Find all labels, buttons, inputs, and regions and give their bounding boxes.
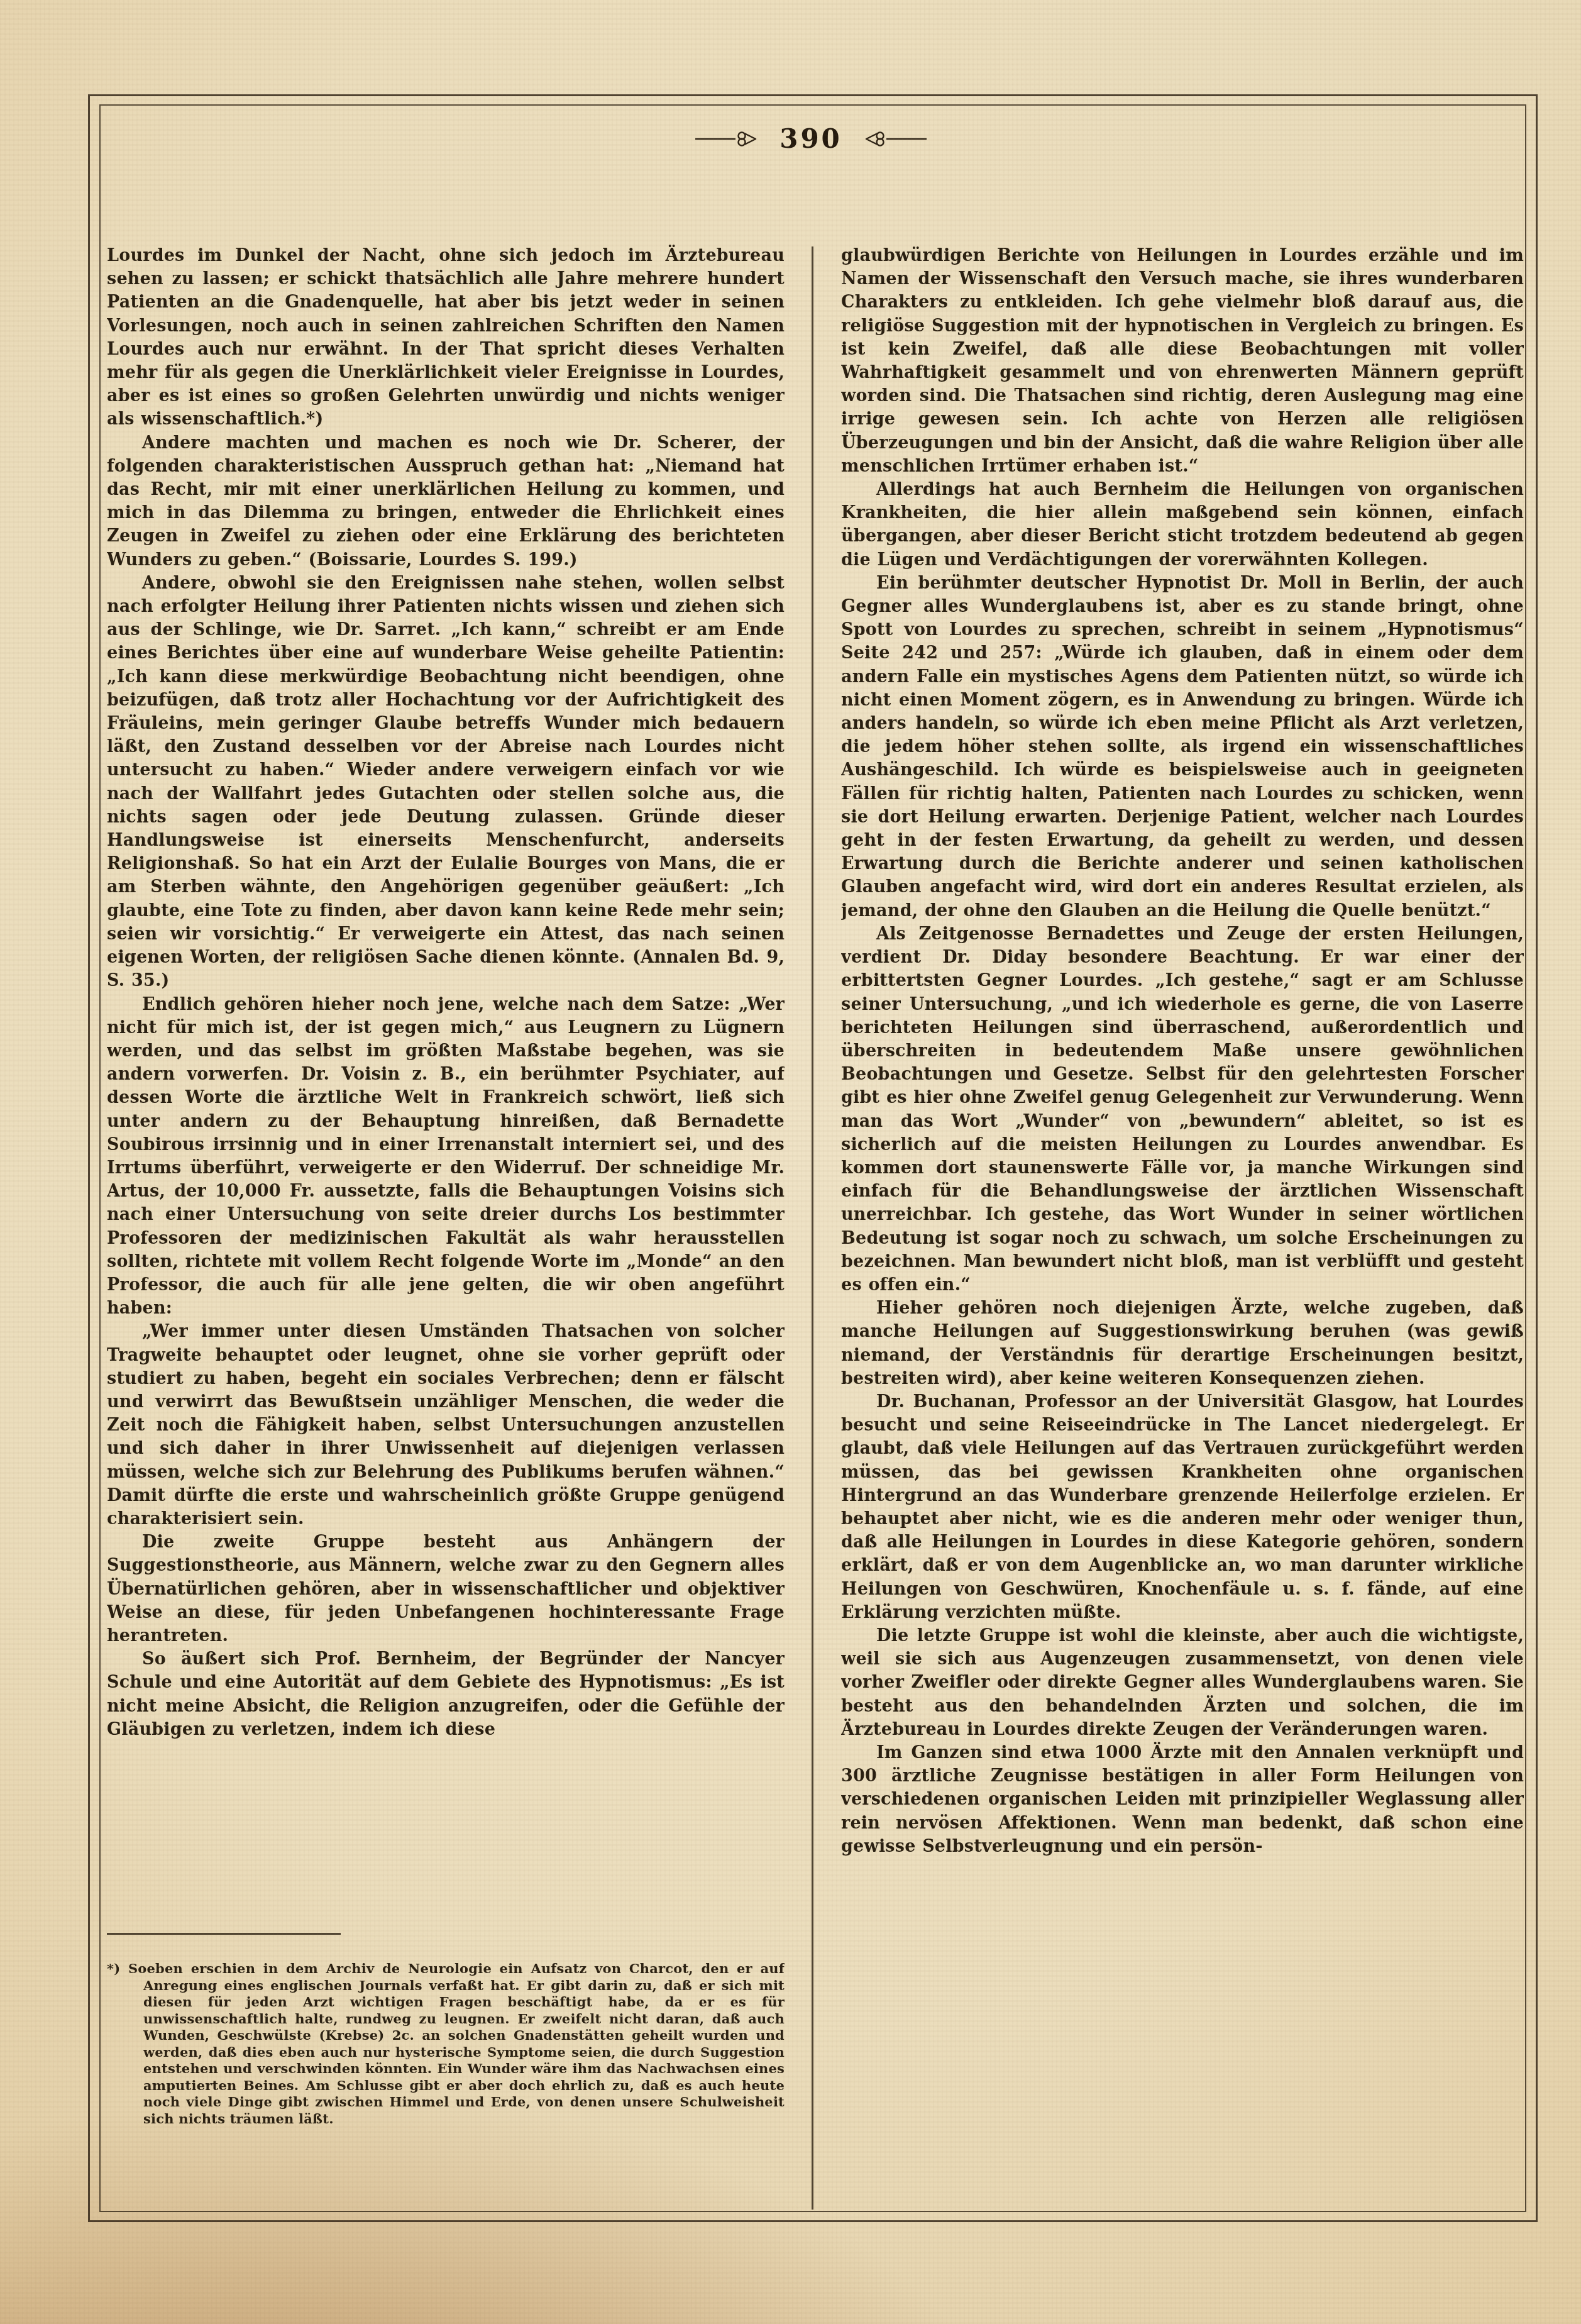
footnote-separator-rule bbox=[107, 1933, 341, 1935]
scanned-book-page: 390 Lourdes im Dunkel der Nacht, ohne si… bbox=[0, 0, 1581, 2324]
paragraph: *) Soeben erschien in dem Archiv de Neur… bbox=[107, 1961, 785, 2127]
paragraph: So äußert sich Prof. Bernheim, der Begrü… bbox=[107, 1647, 785, 1741]
right-ornament-icon bbox=[860, 131, 928, 147]
running-head: 390 bbox=[88, 123, 1534, 154]
paragraph: glaubwürdigen Berichte von Heilungen in … bbox=[841, 244, 1524, 478]
page-number: 390 bbox=[779, 123, 842, 154]
paragraph: Andere, obwohl sie den Ereignissen nahe … bbox=[107, 572, 785, 993]
column-divider-rule bbox=[812, 246, 813, 2210]
paragraph: Ein berühmter deutscher Hypnotist Dr. Mo… bbox=[841, 572, 1524, 922]
right-text-column: glaubwürdigen Berichte von Heilungen in … bbox=[841, 244, 1524, 2215]
paragraph: Hieher gehören noch diejenigen Ärzte, we… bbox=[841, 1297, 1524, 1390]
paragraph: Dr. Buchanan, Professor an der Universit… bbox=[841, 1390, 1524, 1624]
paragraph: Endlich gehören hieher noch jene, welche… bbox=[107, 993, 785, 1320]
paragraph: „Wer immer unter diesen Umständen Thatsa… bbox=[107, 1320, 785, 1530]
paragraph: Die zweite Gruppe besteht aus Anhängern … bbox=[107, 1530, 785, 1647]
left-text-column: Lourdes im Dunkel der Nacht, ohne sich j… bbox=[107, 244, 785, 1919]
paragraph: Allerdings hat auch Bernheim die Heilung… bbox=[841, 478, 1524, 572]
paragraph: Lourdes im Dunkel der Nacht, ohne sich j… bbox=[107, 244, 785, 431]
paragraph: Die letzte Gruppe ist wohl die kleinste,… bbox=[841, 1624, 1524, 1741]
paragraph: Im Ganzen sind etwa 1000 Ärzte mit den A… bbox=[841, 1741, 1524, 1858]
paragraph: Als Zeitgenosse Bernadettes und Zeuge de… bbox=[841, 922, 1524, 1297]
left-ornament-icon bbox=[694, 131, 762, 147]
footnote-block: *) Soeben erschien in dem Archiv de Neur… bbox=[107, 1961, 785, 2182]
paragraph: Andere machten und machen es noch wie Dr… bbox=[107, 431, 785, 572]
